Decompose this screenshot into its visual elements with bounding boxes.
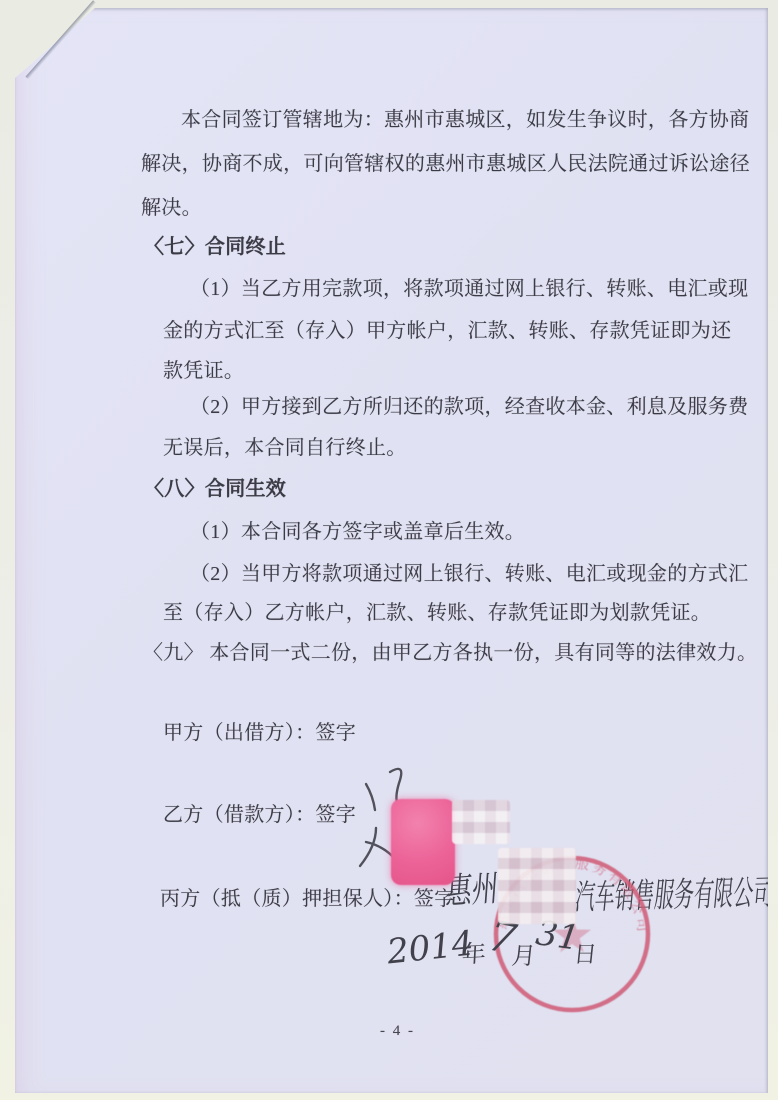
section-7-item-1-line-3: 款凭证。 bbox=[163, 354, 244, 383]
section-8-heading: 〈八〉合同生效 bbox=[144, 472, 286, 501]
section-7-heading: 〈七〉合同终止 bbox=[144, 230, 286, 259]
paper-sheet: 本合同签订管辖地为：惠州市惠城区，如发生争议时，各方协商 解决，协商不成，可向管… bbox=[15, 8, 768, 1093]
scanned-contract-page: 本合同签订管辖地为：惠州市惠城区，如发生争议时，各方协商 解决，协商不成，可向管… bbox=[0, 0, 778, 1100]
censor-mosaic-signature bbox=[452, 800, 510, 844]
party-b-signature-label: 乙方（借款方）：签字 bbox=[163, 798, 356, 827]
section-7-item-1-line-1: （1）当乙方用完款项，将款项通过网上银行、转账、电汇或现 bbox=[190, 272, 748, 301]
handwritten-month-label: 月 bbox=[510, 936, 538, 971]
section-7-item-1-line-2: 金的方式汇至（存入）甲方帐户，汇款、转账、存款凭证即为还 bbox=[163, 314, 731, 343]
censor-blob-signature bbox=[391, 799, 455, 885]
handwritten-day-label: 日 bbox=[572, 936, 598, 969]
party-a-signature-label: 甲方（出借方）：签字 bbox=[163, 716, 356, 745]
jurisdiction-line-2: 解决，协商不成，可向管辖权的惠州市惠城区人民法院通过诉讼途径 bbox=[141, 147, 750, 176]
jurisdiction-line-1: 本合同签订管辖地为：惠州市惠城区，如发生争议时，各方协商 bbox=[181, 103, 749, 132]
jurisdiction-line-3: 解决。 bbox=[141, 191, 202, 220]
section-7-item-2-line-2: 无误后，本合同自行终止。 bbox=[163, 431, 407, 460]
section-8-item-1: （1）本合同各方签字或盖章后生效。 bbox=[190, 515, 525, 544]
section-8-item-2-line-1: （2）当甲方将款项通过网上银行、转账、电汇或现金的方式汇 bbox=[190, 557, 748, 586]
censor-mosaic-company-name bbox=[498, 848, 576, 924]
page-number: - 4 - bbox=[380, 1023, 415, 1040]
section-9-line: 〈九〉 本合同一式二份，由甲乙方各执一份，具有同等的法律效力。 bbox=[143, 636, 757, 665]
section-7-item-2-line-1: （2）甲方接到乙方所归还的款项，经查收本金、利息及服务费 bbox=[190, 390, 748, 419]
section-8-item-2-line-2: 至（存入）乙方帐户，汇款、转账、存款凭证即为划款凭证。 bbox=[163, 596, 711, 625]
handwritten-year-label: 年 bbox=[461, 933, 487, 969]
